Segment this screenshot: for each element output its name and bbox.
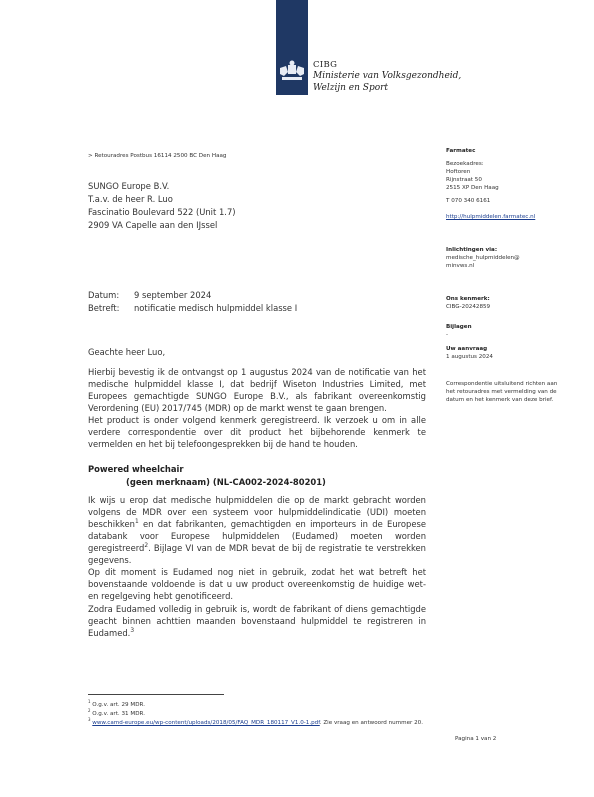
visit-line: Rijnstraat 50 (446, 176, 586, 184)
page-number: Pagina 1 van 2 (455, 736, 496, 742)
letter-meta: Datum:9 september 2024 Betreft:notificat… (88, 289, 297, 315)
recipient-line: T.a.v. de heer R. Luo (88, 193, 236, 206)
attachments-value: - (446, 331, 586, 339)
footnote-divider (88, 694, 224, 695)
footnote-ref[interactable]: 3 (130, 628, 134, 634)
attachments-label: Bijlagen (446, 323, 586, 331)
royal-crest-icon (278, 58, 306, 82)
recipient-line: 2909 VA Capelle aan den IJssel (88, 219, 236, 232)
recipient-address: SUNGO Europe B.V. T.a.v. de heer R. Luo … (88, 180, 236, 232)
ministry-line-1: Ministerie van Volksgezondheid, (313, 71, 461, 83)
footnote-item: 1 O.g.v. art. 29 MDR. (88, 701, 428, 710)
visit-line: Hoftoren (446, 168, 586, 176)
paragraph-udi: Ik wijs u erop dat medische hulpmiddelen… (88, 494, 426, 602)
paragraph-text: Op dit moment is Eudamed nog niet in geb… (88, 566, 426, 602)
recipient-line: Fascinatio Boulevard 522 (Unit 1.7) (88, 206, 236, 219)
paragraph-text: Hierbij bevestig ik de ontvangst op 1 au… (88, 366, 426, 414)
footnotes: 1 O.g.v. art. 29 MDR. 2 O.g.v. art. 31 M… (88, 701, 428, 728)
paragraph-text: Zodra Eudamed volledig in gebruik is, wo… (88, 604, 426, 638)
reference-value: CIBG-20242859 (446, 303, 586, 311)
organization-name: CIBG Ministerie van Volksgezondheid, Wel… (313, 60, 461, 94)
info-email-line[interactable]: medische_hulpmiddelen@ (446, 254, 586, 262)
date-label: Datum: (88, 289, 134, 302)
paragraph-text: Het product is onder volgend kenmerk ger… (88, 414, 426, 450)
reference-label: Ons kenmerk: (446, 295, 586, 303)
org-short-name: CIBG (313, 60, 461, 71)
subject-value: notificatie medisch hulpmiddel klasse I (134, 303, 297, 313)
product-heading: Powered wheelchair (geen merknaam) (NL-C… (88, 463, 326, 489)
paragraph-confirmation: Hierbij bevestig ik de ontvangst op 1 au… (88, 366, 426, 450)
footnote-item: 3 www.camd-europe.eu/wp-content/uploads/… (88, 719, 428, 728)
department-name: Farmatec (446, 147, 586, 155)
phone-number: T 070 340 6161 (446, 197, 586, 205)
footnote-link[interactable]: www.camd-europe.eu/wp-content/uploads/20… (92, 720, 320, 726)
website-link[interactable]: http://hulpmiddelen.farmatec.nl (446, 213, 586, 221)
request-block: Uw aanvraag 1 augustus 2024 (446, 345, 586, 361)
product-name: Powered wheelchair (88, 463, 326, 476)
info-block: Inlichtingen via: medische_hulpmiddelen@… (446, 246, 586, 270)
attachments-block: Bijlagen - (446, 323, 586, 339)
product-detail: (geen merknaam) (NL-CA002-2024-80201) (88, 476, 326, 489)
subject-label: Betreft: (88, 302, 134, 315)
request-label: Uw aanvraag (446, 345, 586, 353)
request-value: 1 augustus 2024 (446, 353, 586, 361)
date-value: 9 september 2024 (134, 290, 211, 300)
ministry-line-2: Welzijn en Sport (313, 83, 461, 95)
correspondence-note: Correspondentie uitsluitend richten aan … (446, 380, 558, 404)
reference-block: Ons kenmerk: CIBG-20242859 (446, 295, 586, 311)
info-email-line[interactable]: minvws.nl (446, 262, 586, 270)
paragraph-eudamed: Zodra Eudamed volledig in gebruik is, wo… (88, 603, 426, 639)
visit-line: 2515 XP Den Haag (446, 184, 586, 192)
ministry-logo-bar (276, 0, 308, 95)
return-address: > Retouradres Postbus 16114 2500 BC Den … (88, 153, 226, 159)
footnote-item: 2 O.g.v. art. 31 MDR. (88, 710, 428, 719)
salutation: Geachte heer Luo, (88, 347, 165, 357)
recipient-line: SUNGO Europe B.V. (88, 180, 236, 193)
sender-block: Farmatec Bezoekadres: Hoftoren Rijnstraa… (446, 147, 586, 221)
visit-label: Bezoekadres: (446, 160, 586, 168)
info-label: Inlichtingen via: (446, 246, 586, 254)
